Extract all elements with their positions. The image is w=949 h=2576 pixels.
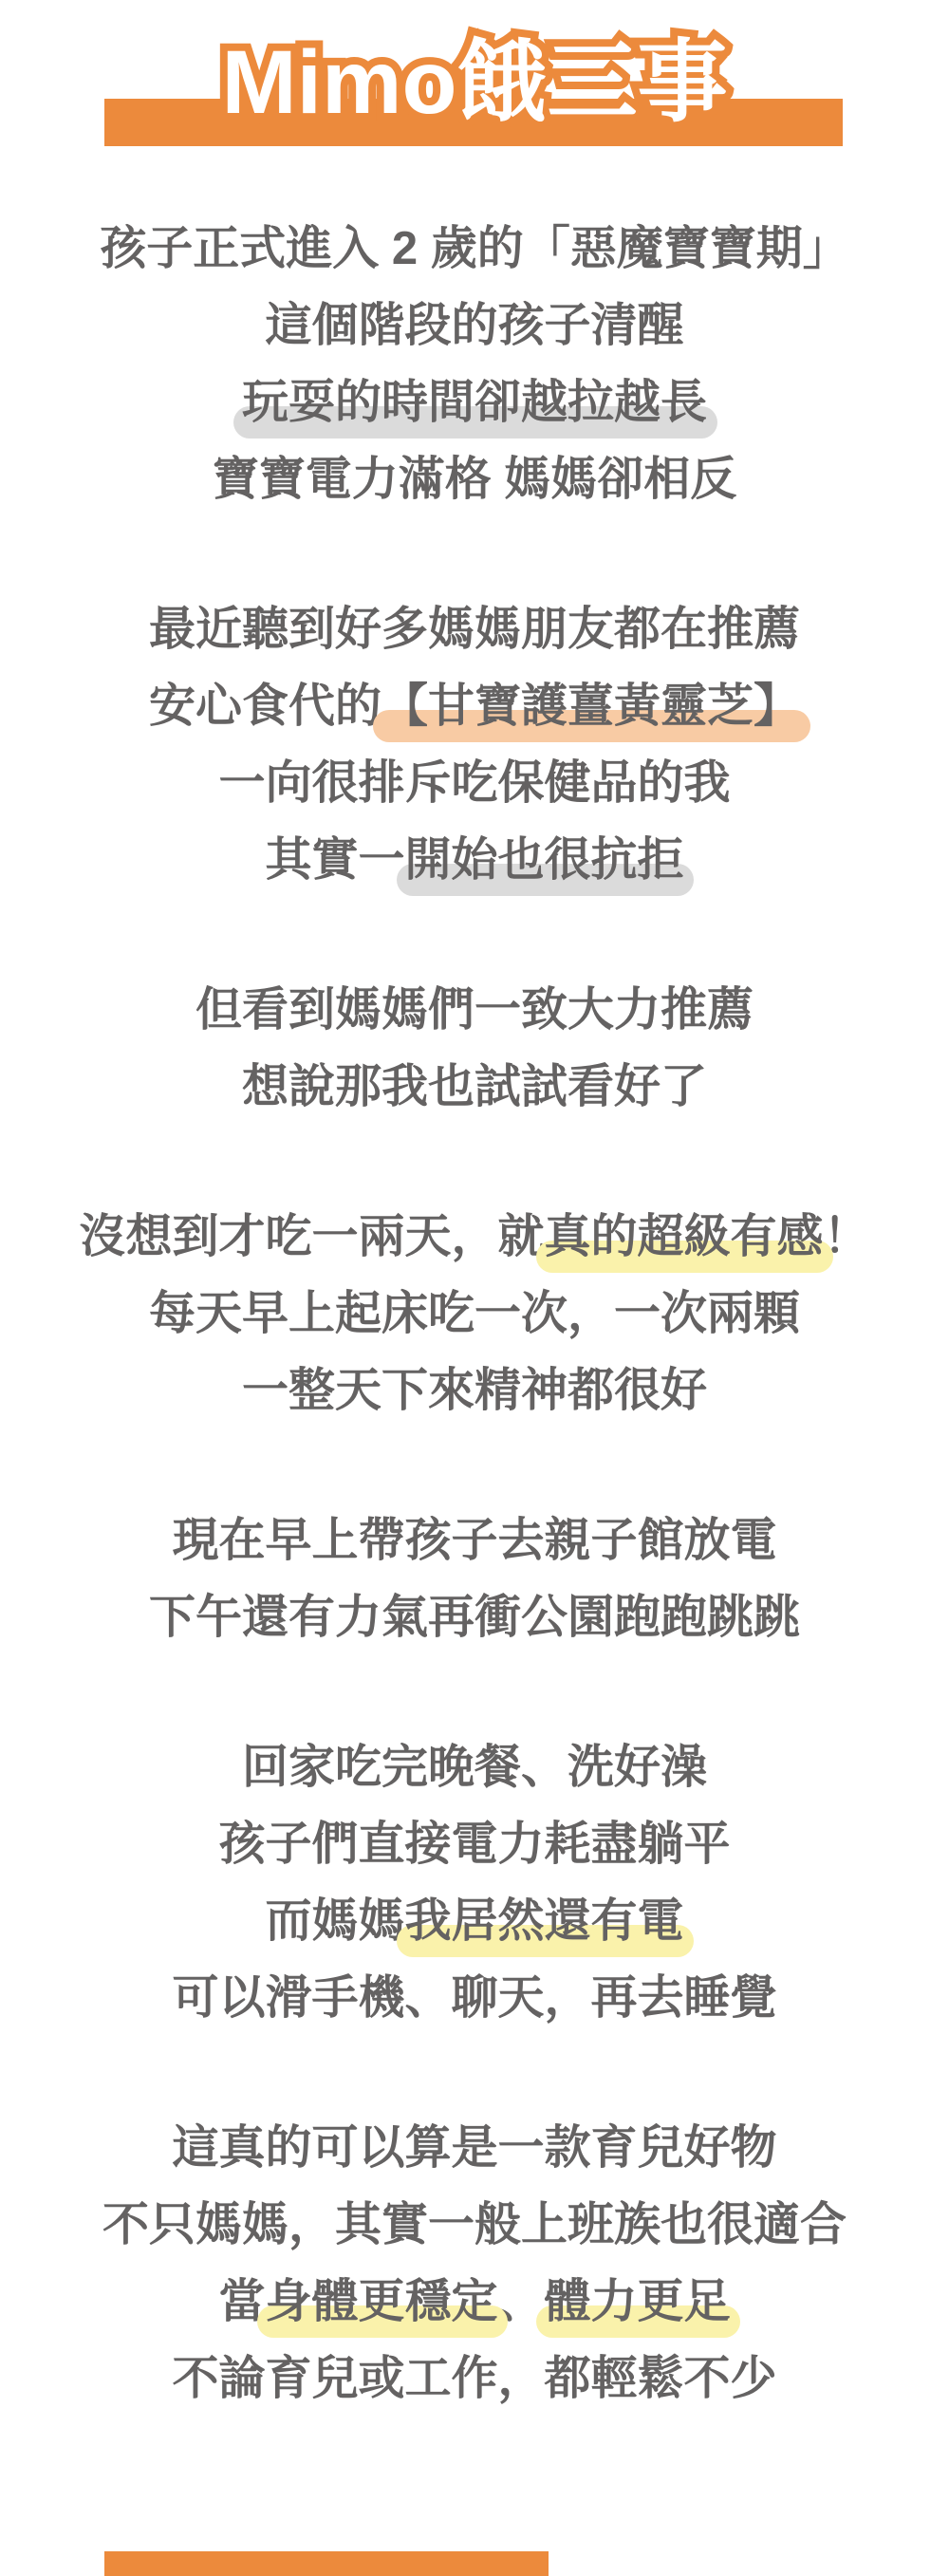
- text-line: 但看到媽媽們一致大力推薦: [0, 972, 949, 1049]
- paragraph: 這真的可以算是一款育兒好物不只媽媽，其實一般上班族也很適合當身體更穩定、體力更足…: [0, 2110, 949, 2417]
- text-line: 不只媽媽，其實一般上班族也很適合: [0, 2187, 949, 2264]
- text-line: 一向很排斥吃保健品的我: [0, 745, 949, 822]
- paragraph: 沒想到才吃一兩天，就真的超級有感！每天早上起床吃一次，一次兩顆一整天下來精神都很…: [0, 1199, 949, 1429]
- text-segment: 不只媽媽，其實一般上班族也很適合: [102, 2199, 847, 2250]
- content: 孩子正式進入 2 歲的「惡魔寶寶期」這個階段的孩子清醒玩耍的時間卻越拉越長寶寶電…: [0, 211, 949, 2491]
- text-segment: 寶寶電力滿格 媽媽卻相反: [213, 454, 737, 505]
- text-segment: 孩子們直接電力耗盡躺平: [218, 1819, 730, 1870]
- text-segment: 可以滑手機、聊天，再去睡覺: [172, 1972, 776, 2024]
- text-segment: 回家吃完晚餐、洗好澡: [242, 1742, 707, 1793]
- highlight-yellow: 體力更足: [545, 2276, 731, 2327]
- text-segment: 現在早上帶孩子去親子館放電: [172, 1515, 776, 1566]
- text-line: 現在早上帶孩子去親子館放電: [0, 1503, 949, 1579]
- text-segment: 一向很排斥吃保健品的我: [218, 757, 730, 809]
- text-segment: 沒想到才吃一兩天，就: [79, 1211, 544, 1262]
- text-line: 玩耍的時間卻越拉越長: [0, 364, 949, 441]
- page-title-text: Mimo餓三事: [221, 32, 727, 133]
- text-segment: 不論育兒或工作，都輕鬆不少: [172, 2353, 776, 2404]
- text-line: 當身體更穩定、體力更足: [0, 2264, 949, 2341]
- text-line: 不論育兒或工作，都輕鬆不少: [0, 2341, 949, 2417]
- text-segment: 孩子正式進入 2 歲的「惡魔寶寶期」: [100, 223, 848, 274]
- page-title: Mimo餓三事 Mimo餓三事: [0, 32, 949, 133]
- text-line: 孩子們直接電力耗盡躺平: [0, 1806, 949, 1883]
- text-segment: 每天早上起床吃一次，一次兩顆: [149, 1288, 800, 1339]
- footer-bar: [104, 2551, 549, 2576]
- text-segment: 這真的可以算是一款育兒好物: [172, 2122, 776, 2174]
- text-line: 一整天下來精神都很好: [0, 1353, 949, 1429]
- highlight-gray: 玩耍的時間卻越拉越長: [242, 377, 707, 428]
- text-segment: 其實一: [265, 834, 404, 886]
- highlight-yellow: 我居然還有電: [405, 1895, 684, 1947]
- paragraph: 但看到媽媽們一致大力推薦想說那我也試試看好了: [0, 972, 949, 1126]
- text-line: 回家吃完晚餐、洗好澡: [0, 1729, 949, 1806]
- text-line: 下午還有力氣再衝公園跑跑跳跳: [0, 1579, 949, 1656]
- highlight-yellow: 真的超級有感: [544, 1211, 823, 1262]
- text-line: 寶寶電力滿格 媽媽卻相反: [0, 441, 949, 518]
- highlight-yellow: 身體更穩定: [265, 2276, 497, 2327]
- text-line: 想說那我也試試看好了: [0, 1049, 949, 1126]
- text-line: 沒想到才吃一兩天，就真的超級有感！: [0, 1199, 949, 1276]
- text-line: 可以滑手機、聊天，再去睡覺: [0, 1960, 949, 2037]
- text-segment: 想說那我也試試看好了: [242, 1061, 707, 1112]
- paragraph: 最近聽到好多媽媽朋友都在推薦安心食代的【甘寶護薑黃靈芝】一向很排斥吃保健品的我其…: [0, 591, 949, 899]
- paragraph: 現在早上帶孩子去親子館放電下午還有力氣再衝公園跑跑跳跳: [0, 1503, 949, 1656]
- text-segment: 而媽媽: [265, 1895, 404, 1947]
- text-segment: 安心食代的: [149, 681, 381, 732]
- text-line: 這個階段的孩子清醒: [0, 288, 949, 364]
- highlight-gray: 開始也很抗拒: [405, 834, 684, 886]
- text-segment: 一整天下來精神都很好: [242, 1365, 707, 1416]
- paragraph: 孩子正式進入 2 歲的「惡魔寶寶期」這個階段的孩子清醒玩耍的時間卻越拉越長寶寶電…: [0, 211, 949, 518]
- text-line: 每天早上起床吃一次，一次兩顆: [0, 1276, 949, 1353]
- text-line: 而媽媽我居然還有電: [0, 1883, 949, 1960]
- paragraph: 回家吃完晚餐、洗好澡孩子們直接電力耗盡躺平而媽媽我居然還有電可以滑手機、聊天，再…: [0, 1729, 949, 2037]
- text-segment: 下午還有力氣再衝公園跑跑跳跳: [149, 1592, 800, 1643]
- highlight-orange: 【甘寶護薑黃靈芝】: [381, 681, 800, 732]
- text-segment: 但看到媽媽們一致大力推薦: [195, 984, 754, 1036]
- text-line: 安心食代的【甘寶護薑黃靈芝】: [0, 668, 949, 745]
- text-segment: 這個階段的孩子清醒: [265, 300, 683, 351]
- text-line: 這真的可以算是一款育兒好物: [0, 2110, 949, 2187]
- text-line: 其實一開始也很抗拒: [0, 822, 949, 899]
- text-line: 最近聽到好多媽媽朋友都在推薦: [0, 591, 949, 668]
- text-segment: 最近聽到好多媽媽朋友都在推薦: [149, 604, 800, 655]
- text-line: 孩子正式進入 2 歲的「惡魔寶寶期」: [0, 211, 949, 288]
